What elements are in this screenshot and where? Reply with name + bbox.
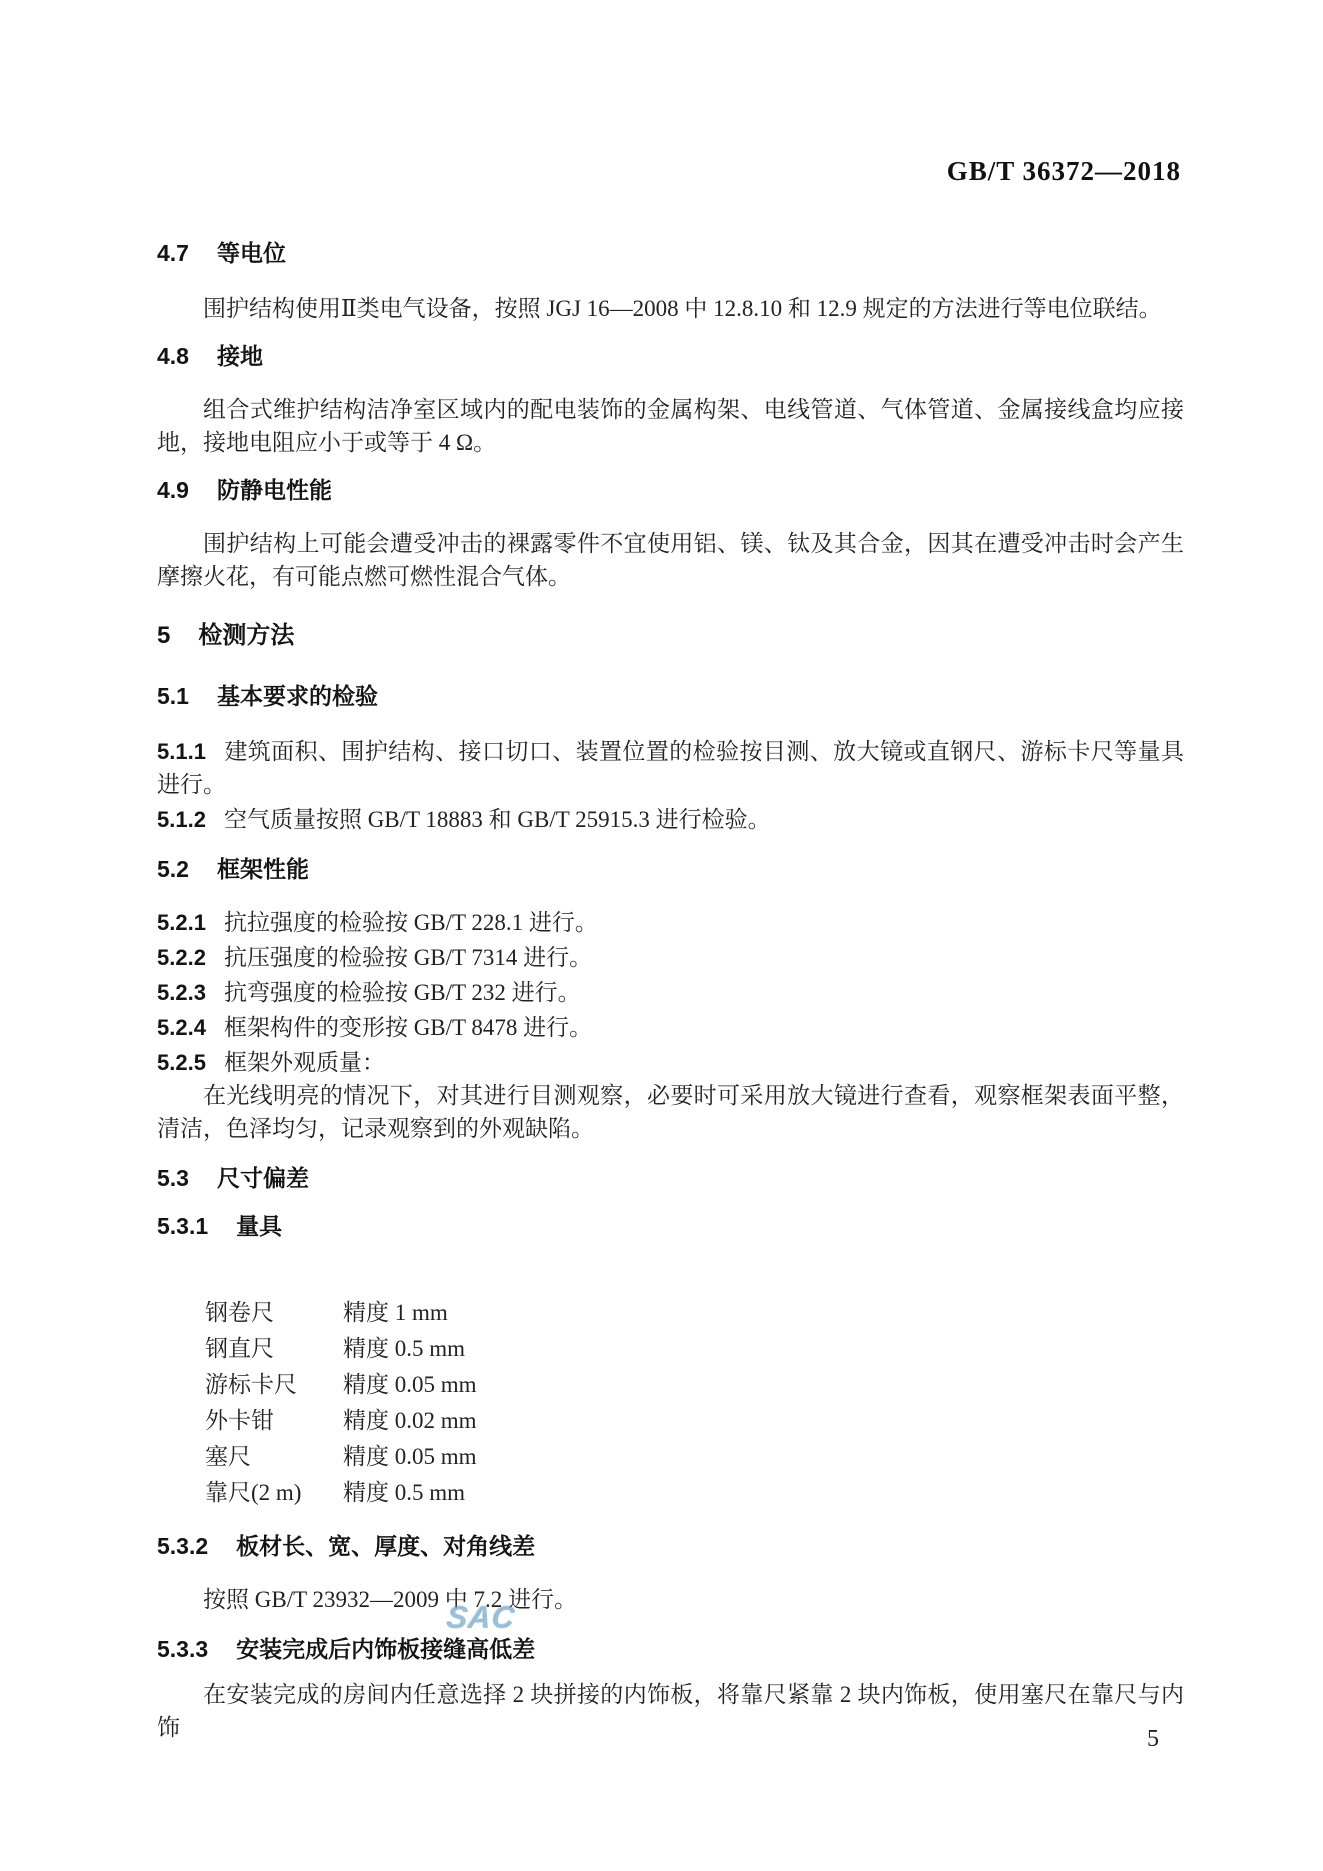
section-title: 板材长、宽、厚度、对角线差 [236, 1533, 535, 1559]
clause-5-1-2: 5.1.2空气质量按照 GB/T 18883 和 GB/T 25915.3 进行… [157, 803, 1184, 836]
paragraph-5-3-2: 按照 GB/T 23932—2009 中 7.2 进行。 [157, 1583, 1184, 1616]
doc-code-header: GB/T 36372—2018 [947, 156, 1181, 187]
section-heading-5-2: 5.2框架性能 [157, 856, 1184, 882]
instrument-row: 外卡钳 精度 0.02 mm [205, 1403, 1184, 1439]
section-title: 防静电性能 [217, 477, 332, 503]
clause-number: 5.2.1 [157, 910, 206, 935]
clause-text: 框架构件的变形按 GB/T 8478 进行。 [224, 1015, 592, 1040]
instrument-row: 游标卡尺 精度 0.05 mm [205, 1367, 1184, 1403]
clause-5-2-2: 5.2.2抗压强度的检验按 GB/T 7314 进行。 [157, 941, 1184, 974]
chapter-heading-5: 5检测方法 [157, 623, 1184, 649]
paragraph-4-7: 围护结构使用Ⅱ类电气设备，按照 JGJ 16—2008 中 12.8.10 和 … [157, 292, 1184, 325]
chapter-title: 检测方法 [198, 622, 294, 649]
instrument-row: 塞尺 精度 0.05 mm [205, 1439, 1184, 1475]
section-title: 尺寸偏差 [217, 1165, 309, 1191]
clause-number: 5.2.5 [157, 1050, 206, 1075]
section-number: 4.8 [157, 343, 189, 369]
clause-text: 抗压强度的检验按 GB/T 7314 进行。 [224, 945, 592, 970]
paragraph-5-3-3: 在安装完成的房间内任意选择 2 块拼接的内饰板，将靠尺紧靠 2 块内饰板，使用塞… [157, 1678, 1184, 1744]
clause-5-1-1: 5.1.1建筑面积、围护结构、接口切口、装置位置的检验按目测、放大镜或直钢尺、游… [157, 735, 1184, 801]
section-title: 接地 [217, 343, 263, 369]
instrument-precision: 精度 0.5 mm [343, 1331, 465, 1367]
instrument-precision: 精度 0.05 mm [343, 1367, 477, 1403]
chapter-number: 5 [157, 622, 170, 649]
paragraph-4-8: 组合式维护结构洁净室区域内的配电装饰的金属构架、电线管道、气体管道、金属接线盒均… [157, 393, 1184, 459]
clause-text: 建筑面积、围护结构、接口切口、装置位置的检验按目测、放大镜或直钢尺、游标卡尺等量… [157, 739, 1184, 797]
section-heading-5-3-1: 5.3.1量具 [157, 1213, 1184, 1239]
instrument-precision: 精度 0.5 mm [343, 1475, 465, 1511]
instrument-list: 钢卷尺 精度 1 mm 钢直尺 精度 0.5 mm 游标卡尺 精度 0.05 m… [157, 1295, 1184, 1511]
instrument-name: 塞尺 [205, 1439, 343, 1475]
clause-number: 5.1.2 [157, 807, 206, 832]
instrument-name: 外卡钳 [205, 1403, 343, 1439]
clause-number: 5.2.3 [157, 980, 206, 1005]
clause-text: 抗拉强度的检验按 GB/T 228.1 进行。 [224, 910, 598, 935]
clause-number: 5.1.1 [157, 739, 206, 764]
section-title: 框架性能 [217, 856, 309, 882]
section-number: 5.3.3 [157, 1636, 208, 1662]
section-title: 基本要求的检验 [217, 683, 378, 709]
section-heading-5-3-3: 5.3.3安装完成后内饰板接缝高低差 [157, 1636, 1184, 1662]
clause-5-2-3: 5.2.3抗弯强度的检验按 GB/T 232 进行。 [157, 976, 1184, 1009]
clause-number: 5.2.2 [157, 945, 206, 970]
instrument-name: 钢直尺 [205, 1331, 343, 1367]
section-heading-5-3: 5.3尺寸偏差 [157, 1165, 1184, 1191]
paragraph-5-2-5: 在光线明亮的情况下，对其进行目测观察，必要时可采用放大镜进行查看，观察框架表面平… [157, 1079, 1184, 1145]
section-number: 5.1 [157, 683, 189, 709]
instrument-row: 钢直尺 精度 0.5 mm [205, 1331, 1184, 1367]
clause-text: 框架外观质量： [224, 1050, 385, 1075]
instrument-name: 游标卡尺 [205, 1367, 343, 1403]
section-title: 等电位 [217, 240, 286, 266]
section-heading-5-3-2: 5.3.2板材长、宽、厚度、对角线差 [157, 1533, 1184, 1559]
section-number: 5.3 [157, 1165, 189, 1191]
instrument-row: 靠尺(2 m) 精度 0.5 mm [205, 1475, 1184, 1511]
section-title: 量具 [236, 1213, 282, 1239]
section-heading-4-9: 4.9防静电性能 [157, 477, 1184, 503]
instrument-precision: 精度 0.02 mm [343, 1403, 477, 1439]
page-number: 5 [1147, 1726, 1159, 1753]
instrument-precision: 精度 0.05 mm [343, 1439, 477, 1475]
section-number: 4.9 [157, 477, 189, 503]
section-number: 4.7 [157, 240, 189, 266]
section-heading-4-7: 4.7等电位 [157, 240, 1184, 266]
clause-5-2-1: 5.2.1抗拉强度的检验按 GB/T 228.1 进行。 [157, 906, 1184, 939]
instrument-row: 钢卷尺 精度 1 mm [205, 1295, 1184, 1331]
section-heading-4-8: 4.8接地 [157, 343, 1184, 369]
document-page: GB/T 36372—2018 4.7等电位 围护结构使用Ⅱ类电气设备，按照 J… [0, 0, 1323, 1871]
section-number: 5.2 [157, 856, 189, 882]
instrument-name: 靠尺(2 m) [205, 1475, 343, 1511]
instrument-precision: 精度 1 mm [343, 1295, 448, 1331]
clause-5-2-4: 5.2.4框架构件的变形按 GB/T 8478 进行。 [157, 1011, 1184, 1044]
paragraph-4-9: 围护结构上可能会遭受冲击的裸露零件不宜使用铝、镁、钛及其合金，因其在遭受冲击时会… [157, 527, 1184, 593]
section-heading-5-1: 5.1基本要求的检验 [157, 683, 1184, 709]
instrument-name: 钢卷尺 [205, 1295, 343, 1331]
clause-text: 空气质量按照 GB/T 18883 和 GB/T 25915.3 进行检验。 [224, 807, 771, 832]
sac-watermark: SAC [445, 1600, 517, 1636]
section-number: 5.3.1 [157, 1213, 208, 1239]
content-area: 4.7等电位 围护结构使用Ⅱ类电气设备，按照 JGJ 16—2008 中 12.… [157, 240, 1184, 1744]
clause-5-2-5: 5.2.5框架外观质量： [157, 1046, 1184, 1079]
clause-text: 抗弯强度的检验按 GB/T 232 进行。 [224, 980, 581, 1005]
section-number: 5.3.2 [157, 1533, 208, 1559]
section-title: 安装完成后内饰板接缝高低差 [236, 1636, 535, 1662]
clause-number: 5.2.4 [157, 1015, 206, 1040]
